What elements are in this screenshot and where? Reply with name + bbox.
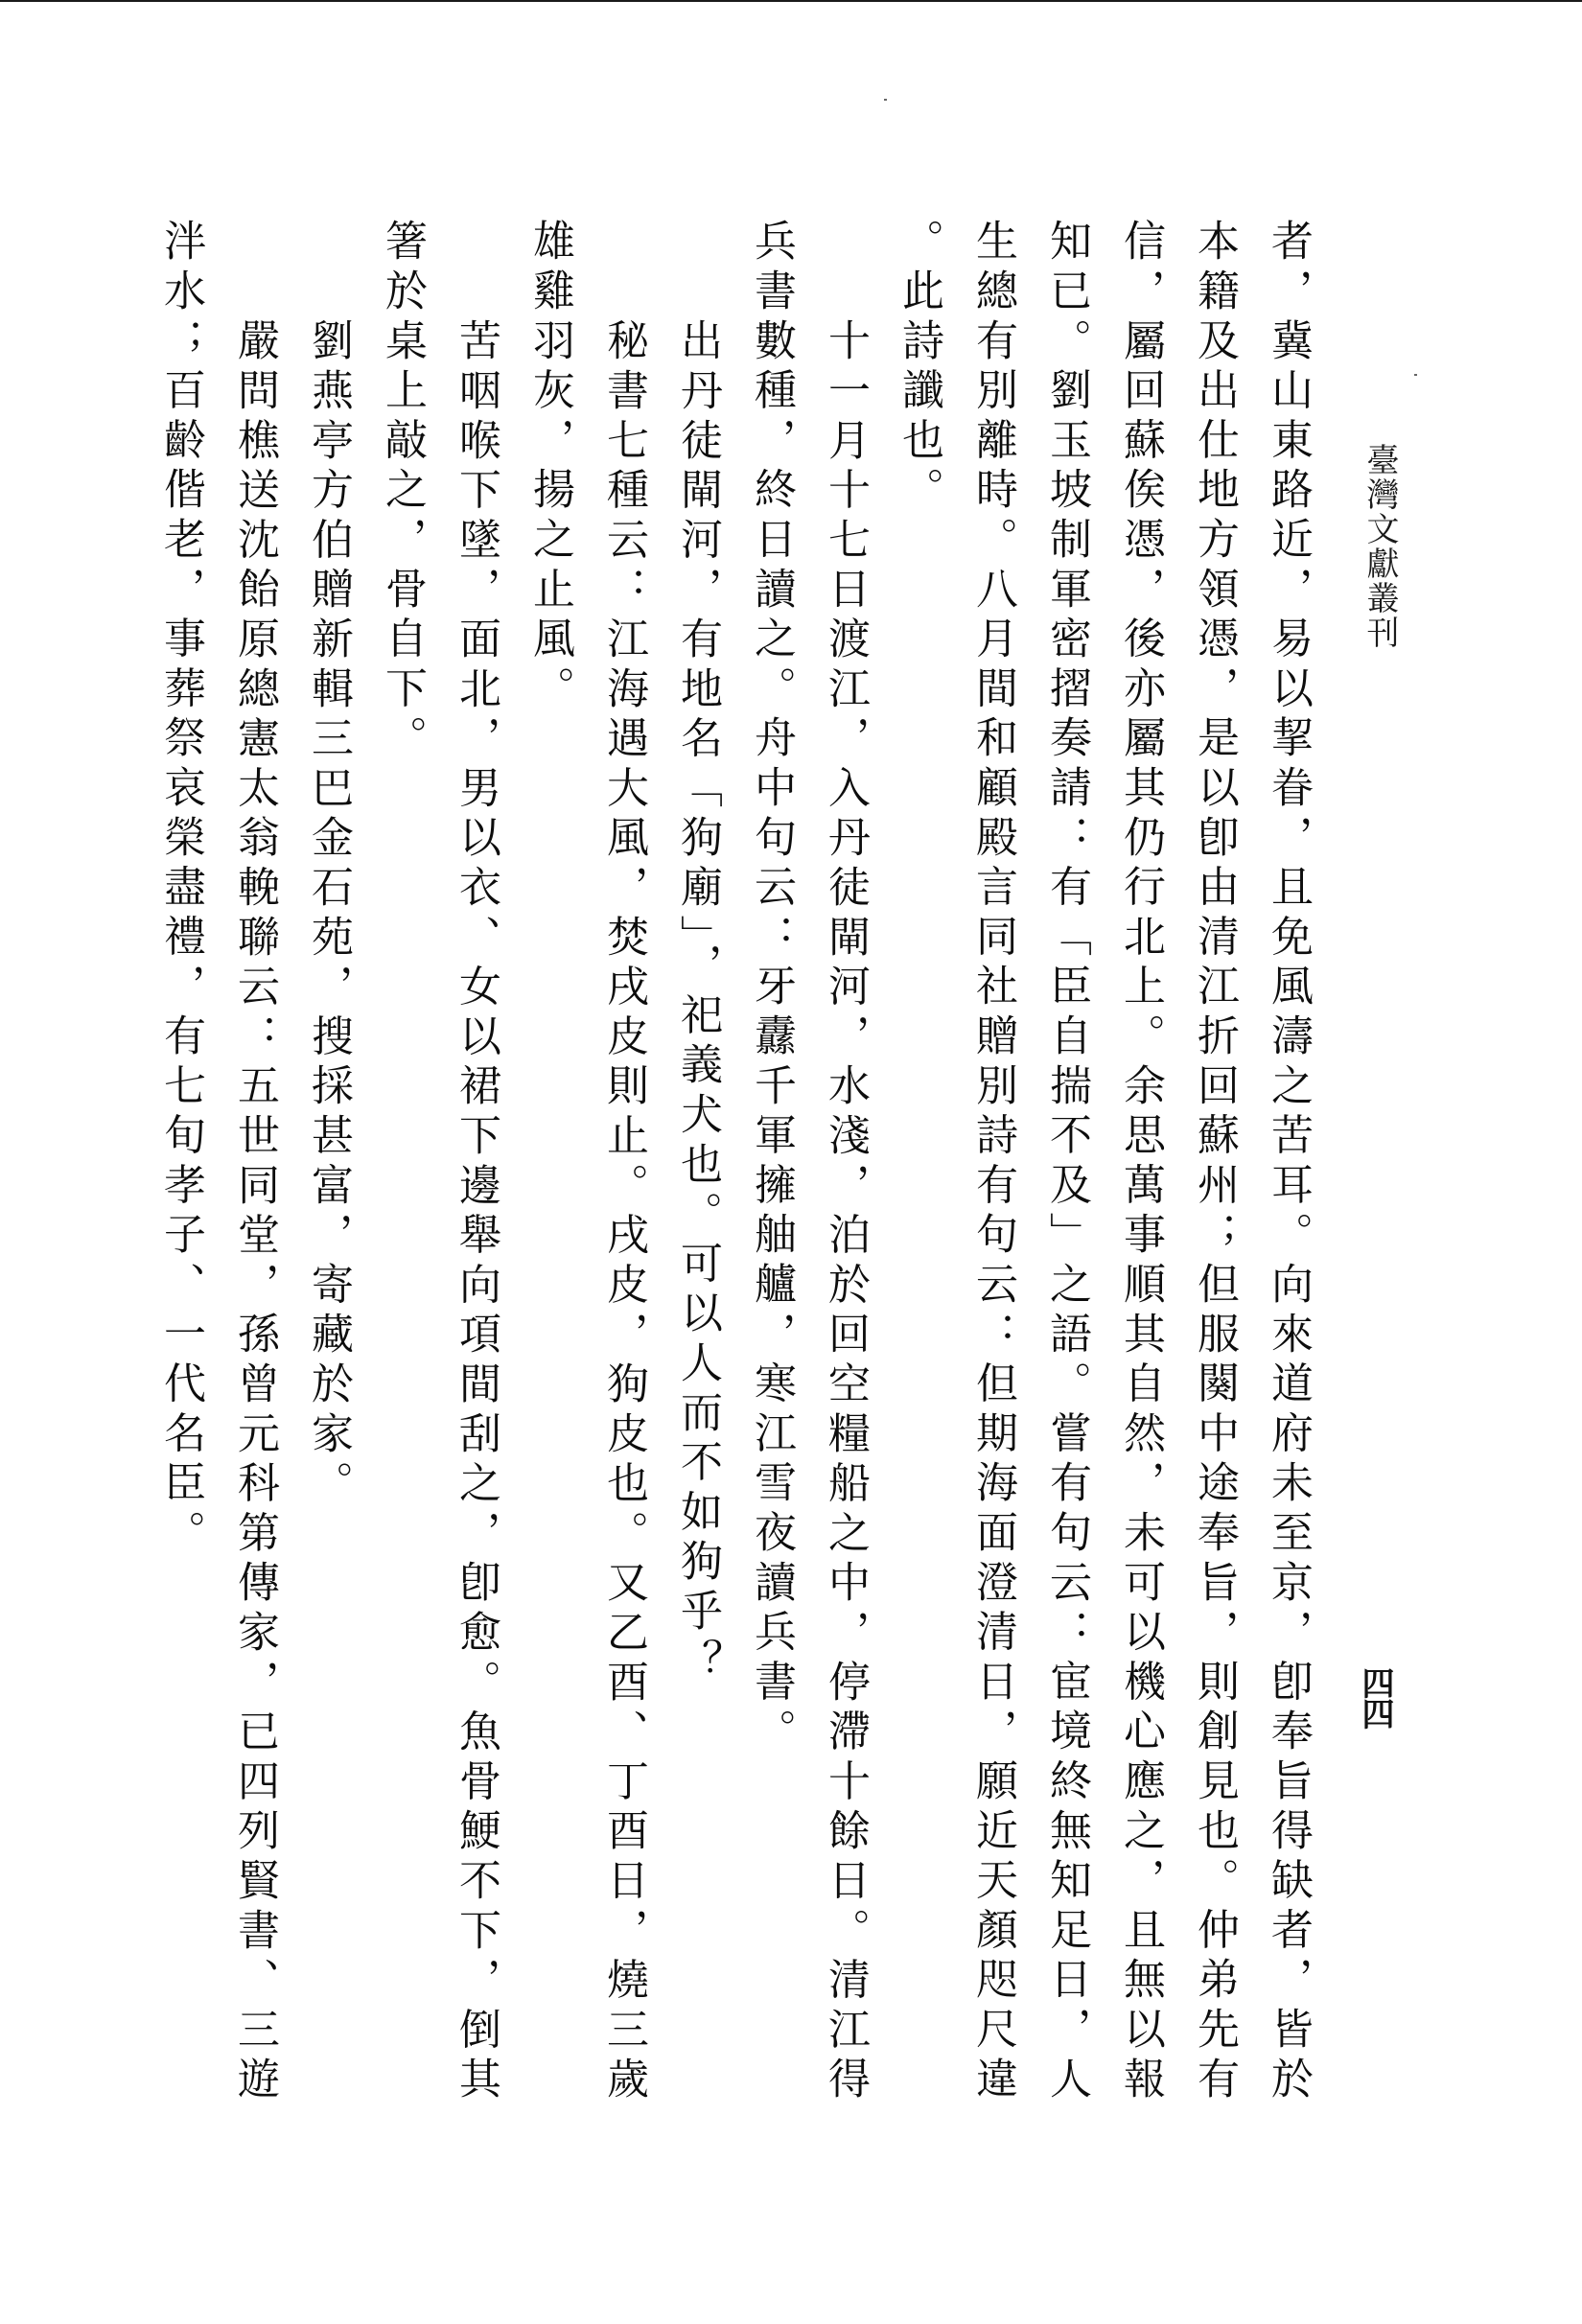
text-column: 信，屬回蘇俟憑，後亦屬其仍行北上。余思萬事順其自然，未可以機心應之，且無以報 (1115, 219, 1165, 2105)
text-column: 本籍及出仕地方領憑，是以卽由清江折回蘇州；但服闋中途奉旨，則創見也。仲弟先有 (1189, 219, 1239, 2105)
text-column: 嚴問樵送沈飴原總憲太翁輓聯云：五世同堂，孫曾元科第傳家，已四列賢書、三遊 (229, 318, 279, 2106)
text-column: 。此詩讖也。 (894, 219, 943, 517)
text-column: 生總有別離時。八月間和顧殿言同社贈別詩有句云：但期海面澄清日，願近天顏咫尺違 (967, 219, 1017, 2105)
scan-speck (1414, 374, 1417, 376)
text-column: 出丹徒閘河，有地名「狗廟」，祀義犬也。可以人而不如狗乎？ (672, 318, 722, 1687)
text-column: 知已。劉玉坡制軍密摺奏請：有「臣自揣不及」之語。嘗有句云：宦境終無知足日，人 (1041, 219, 1091, 2105)
text-column: 雄雞羽灰，揚之止風。 (524, 219, 574, 715)
text-column: 十一月十七日渡江，入丹徒閘河，水淺，泊於回空糧船之中，停滯十餘日。清江得 (820, 318, 870, 2106)
text-column: 箸於桌上敲之，骨自下。 (377, 219, 427, 765)
text-column: 秘書七種云：江海遇大風，焚戌皮則止。戌皮，狗皮也。又乙酉、丁酉日，燒三歲 (598, 318, 648, 2106)
text-column: 者，冀山東路近，易以挈眷，且免風濤之苦耳。向來道府未至京，卽奉旨得缺者，皆於 (1263, 219, 1313, 2105)
body-text: 者，冀山東路近，易以挈眷，且免風濤之苦耳。向來道府未至京，卽奉旨得缺者，皆於 本… (0, 0, 1582, 2324)
scan-speck (884, 99, 887, 101)
text-column: 泮水；百齡偕老，事葬祭哀榮盡禮，有七旬孝子、一代名臣。 (155, 219, 205, 1560)
text-column: 兵書數種，終日讀之。舟中句云：牙纛千軍擁舳艫，寒江雪夜讀兵書。 (746, 219, 796, 1758)
scan-speck (984, 1983, 987, 1985)
text-column: 劉燕亭方伯贈新輯三巴金石苑，搜採甚富，寄藏於家。 (303, 318, 353, 1510)
text-column: 苦咽喉下墜，面北，男以衣、女以裙下邊舉向項間刮之，卽愈。魚骨鯁不下，倒其 (451, 318, 500, 2106)
